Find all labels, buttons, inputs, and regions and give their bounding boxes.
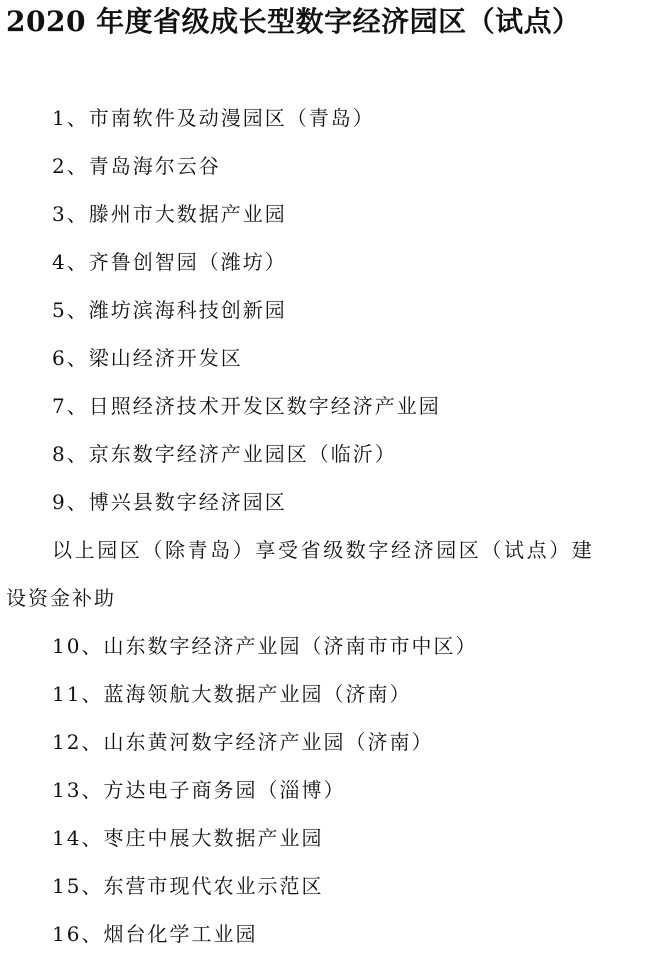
list-item: 11、蓝海领航大数据产业园（济南） bbox=[52, 680, 411, 708]
list-item: 10、山东数字经济产业园（济南市市中区） bbox=[52, 632, 477, 660]
list-item: 6、梁山经济开发区 bbox=[52, 344, 243, 372]
list-item: 13、方达电子商务园（淄博） bbox=[52, 776, 345, 804]
list-item: 5、潍坊滨海科技创新园 bbox=[52, 296, 287, 324]
list-item: 15、东营市现代农业示范区 bbox=[52, 872, 323, 900]
document-title: 2020 年度省级成长型数字经济园区（试点） bbox=[6, 0, 581, 44]
list-item: 7、日照经济技术开发区数字经济产业园 bbox=[52, 392, 441, 420]
list-item: 2、青岛海尔云谷 bbox=[52, 152, 221, 180]
subsidy-note-continued: 设资金补助 bbox=[6, 584, 116, 612]
list-item: 8、京东数字经济产业园区（临沂） bbox=[52, 440, 397, 468]
list-item: 14、枣庄中展大数据产业园 bbox=[52, 824, 323, 852]
list-item: 1、市南软件及动漫园区（青岛） bbox=[52, 104, 375, 132]
list-item: 3、滕州市大数据产业园 bbox=[52, 200, 287, 228]
list-item: 16、烟台化学工业园 bbox=[52, 920, 257, 948]
list-item: 4、齐鲁创智园（潍坊） bbox=[52, 248, 287, 276]
list-item: 12、山东黄河数字经济产业园（济南） bbox=[52, 728, 433, 756]
subsidy-note: 以上园区（除青岛）享受省级数字经济园区（试点）建 bbox=[52, 536, 594, 564]
list-item: 9、博兴县数字经济园区 bbox=[52, 488, 287, 516]
